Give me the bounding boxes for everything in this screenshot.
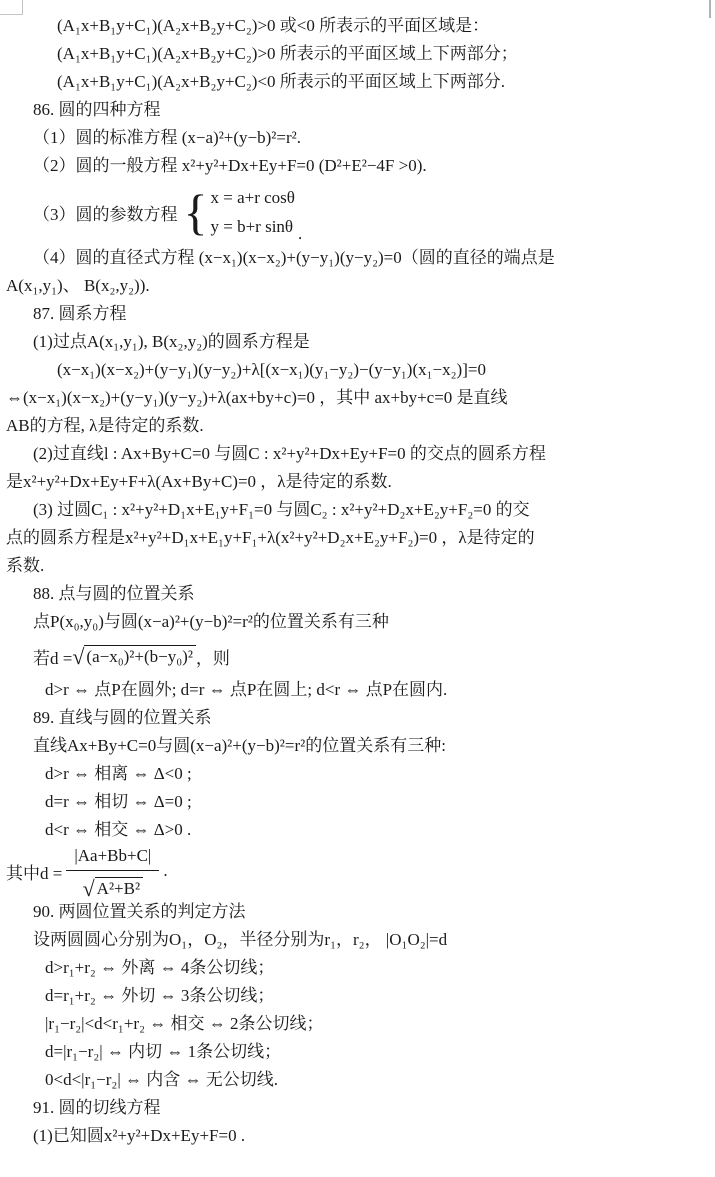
text-line-circle-relation: 直线Ax+By+C=0与圆(x−a)²+(y−b)²=r²的位置关系有三种: xyxy=(33,732,715,760)
formula-point-position-cases: d>r ⇔ 点P在圆外; d=r ⇔ 点P在圆上; d<r ⇔ 点P在圆内. xyxy=(45,676,715,704)
formula-circle-diameter-form: （4）圆的直径式方程 (x−x₁)(x−x₂)+(y−y₁)(y−y₂)=0（圆… xyxy=(33,244,715,272)
formula-circle-family-1: (x−x₁)(x−x₂)+(y−y₁)(y−y₂)+λ[(x−x₁)(y₁−y₂… xyxy=(57,356,715,384)
parametric-eq-y: y = b+r sinθ xyxy=(211,212,295,241)
formula-circle-family-1-equiv: ⇔(x−x₁)(x−x₂)+(y−y₁)(y−y₂)+λ(ax+by+c)=0 … xyxy=(6,384,715,412)
formula-line-circle-distance: 其中d = |Aa+Bb+C| √ A²+B² . xyxy=(6,844,715,898)
sqrt-prefix: 若d = xyxy=(33,644,72,669)
parametric-eq-x: x = a+r cosθ xyxy=(211,183,295,212)
formula-circle-parametric: （3）圆的参数方程 { x = a+r cosθ y = b+r sinθ . xyxy=(33,180,715,244)
section-heading-91: 91. 圆的切线方程 xyxy=(33,1094,715,1122)
fraction-denominator: √ A²+B² xyxy=(83,871,143,899)
formula-external-separate: d>r₁+r₂ ⇔ 外离 ⇔ 4条公切线； xyxy=(45,954,715,982)
formula-intersect-case: d<r ⇔ 相交 ⇔ Δ>0 . xyxy=(45,816,715,844)
formula-halfplane-positive: (A₁x+B₁y+C₁)(A₂x+B₂y+C₂)>0 所表示的平面区域上下两部分… xyxy=(57,40,715,68)
section-heading-88: 88. 点与圆的位置关系 xyxy=(33,580,715,608)
formula-circle-family-2: 是x²+y²+Dx+Ey+F+λ(Ax+By+C)=0 ，λ是待定的系数. xyxy=(6,468,715,496)
formula-contained: 0<d<|r₁−r₂| ⇔ 内含 ⇔ 无公切线. xyxy=(45,1066,715,1094)
formula-separate-case: d>r ⇔ 相离 ⇔ Δ<0 ; xyxy=(45,760,715,788)
section-heading-87: 87. 圆系方程 xyxy=(33,300,715,328)
text-point-circle-relation: 点P(x₀,y₀)与圆(x−a)²+(y−b)²=r²的位置关系有三种 xyxy=(33,608,715,636)
section-heading-90: 90. 两圆位置关系的判定方法 xyxy=(33,898,715,926)
parametric-equations: x = a+r cosθ y = b+r sinθ xyxy=(211,183,295,241)
fraction-numerator: |Aa+Bb+C| xyxy=(66,844,159,871)
formula-external-tangent: d=r₁+r₂ ⇔ 外切 ⇔ 3条公切线； xyxy=(45,982,715,1010)
formula-circle-general: （2）圆的一般方程 x²+y²+Dx+Ey+F=0 (D²+E²−4F >0). xyxy=(33,152,715,180)
radical-sign: √ xyxy=(83,878,95,900)
sqrt-suffix: ，则 xyxy=(196,644,230,669)
fraction-suffix: . xyxy=(163,861,167,881)
formula-diameter-endpoints: A(x₁,y₁)、 B(x₂,y₂)). xyxy=(6,272,715,300)
formula-halfplane-negative: (A₁x+B₁y+C₁)(A₂x+B₂y+C₂)<0 所表示的平面区域上下两部分… xyxy=(57,68,715,96)
parametric-period: . xyxy=(298,224,302,244)
denominator-radicand: A²+B² xyxy=(95,877,143,899)
formula-internal-tangent: d=|r₁−r₂| ⇔ 内切 ⇔ 1条公切线； xyxy=(45,1038,715,1066)
table-border-artifact-vertical xyxy=(22,0,23,14)
fraction-prefix: 其中d = xyxy=(6,859,62,884)
text-lambda-coefficient-note-1: AB的方程, λ是待定的系数. xyxy=(6,412,715,440)
text-circle-family-two-circles: (3) 过圆C₁ : x²+y²+D₁x+E₁y+F₁=0 与圆C₂ : x²+… xyxy=(33,496,715,524)
scrollbar-artifact xyxy=(709,0,711,18)
radical-sign: √ xyxy=(72,646,84,668)
text-circle-family-line-circle: (2)过直线l : Ax+By+C=0 与圆C : x²+y²+Dx+Ey+F=… xyxy=(33,440,715,468)
table-border-artifact-horizontal xyxy=(0,14,23,15)
formula-circle-family-3: 点的圆系方程是x²+y²+D₁x+E₁y+F₁+λ(x²+y²+D₂x+E₂y+… xyxy=(6,524,715,552)
formula-halfplane-product-intro: (A₁x+B₁y+C₁)(A₂x+B₂y+C₂)>0 或<0 所表示的平面区域是… xyxy=(57,12,715,40)
formula-known-circle: (1)已知圆x²+y²+Dx+Ey+F=0 . xyxy=(33,1122,715,1150)
document-page: (A₁x+B₁y+C₁)(A₂x+B₂y+C₂)>0 或<0 所表示的平面区域是… xyxy=(0,0,715,1177)
text-coefficient-tail: 系数. xyxy=(6,552,715,580)
formula-two-circles-intersect: |r₁−r₂|<d<r₁+r₂ ⇔ 相交 ⇔ 2条公切线； xyxy=(45,1010,715,1038)
formula-point-circle-distance: 若d = √ (a−x₀)²+(b−y₀)² ，则 xyxy=(33,636,715,676)
sqrt-radicand: (a−x₀)²+(b−y₀)² xyxy=(84,645,196,667)
formula-tangent-case: d=r ⇔ 相切 ⇔ Δ=0 ; xyxy=(45,788,715,816)
text-circle-family-through-points: (1)过点A(x₁,y₁), B(x₂,y₂)的圆系方程是 xyxy=(33,328,715,356)
parametric-label: （3）圆的参数方程 xyxy=(33,200,178,225)
fraction: |Aa+Bb+C| √ A²+B² xyxy=(66,844,159,899)
section-heading-86: 86. 圆的四种方程 xyxy=(33,96,715,124)
formula-circle-standard: （1）圆的标准方程 (x−a)²+(y−b)²=r². xyxy=(33,124,715,152)
left-brace: { xyxy=(184,184,208,240)
section-heading-89: 89. 直线与圆的位置关系 xyxy=(33,704,715,732)
text-two-circles-setup: 设两圆圆心分别为O₁，O₂，半径分别为r₁，r₂， |O₁O₂|=d xyxy=(33,926,715,954)
